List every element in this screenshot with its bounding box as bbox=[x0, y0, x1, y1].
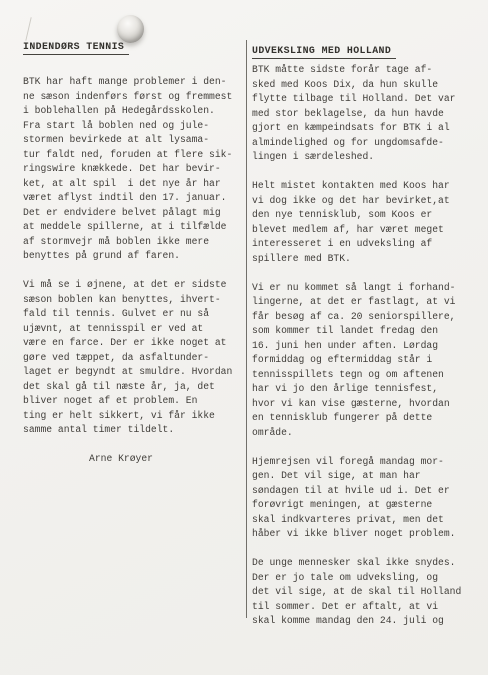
paragraph-holland-2: Helt mistet kontakten med Koos har vi do… bbox=[252, 179, 480, 266]
article-heading-indoor-tennis: INDENDØRS TENNIS bbox=[23, 40, 129, 55]
article-holland-exchange: UDVEKSLING MED HOLLAND BTK måtte sidste … bbox=[252, 44, 480, 629]
scratch-mark bbox=[25, 17, 31, 41]
ball-icon bbox=[117, 15, 144, 43]
paragraph-holland-3: Vi er nu kommet så langt i forhand- ling… bbox=[252, 281, 480, 441]
paragraph-holland-4: Hjemrejsen vil foregå mandag mor- gen. D… bbox=[252, 455, 480, 542]
article-heading-holland-exchange: UDVEKSLING MED HOLLAND bbox=[252, 44, 396, 59]
column-divider bbox=[246, 40, 247, 618]
paragraph-holland-5: De unge mennesker skal ikke snydes. Der … bbox=[252, 556, 480, 629]
signature-arne-kroyer: Arne Krøyer bbox=[89, 452, 245, 467]
paragraph-indoor-tennis-2: Vi må se i øjnene, at det er sidste sæso… bbox=[23, 278, 245, 438]
scanned-newsletter-page: INDENDØRS TENNIS BTK har haft mange prob… bbox=[0, 0, 488, 675]
paragraph-indoor-tennis-1: BTK har haft mange problemer i den- ne s… bbox=[23, 75, 245, 264]
article-indoor-tennis: INDENDØRS TENNIS BTK har haft mange prob… bbox=[23, 40, 245, 467]
paragraph-holland-1: BTK måtte sidste forår tage af- sked med… bbox=[252, 63, 480, 165]
